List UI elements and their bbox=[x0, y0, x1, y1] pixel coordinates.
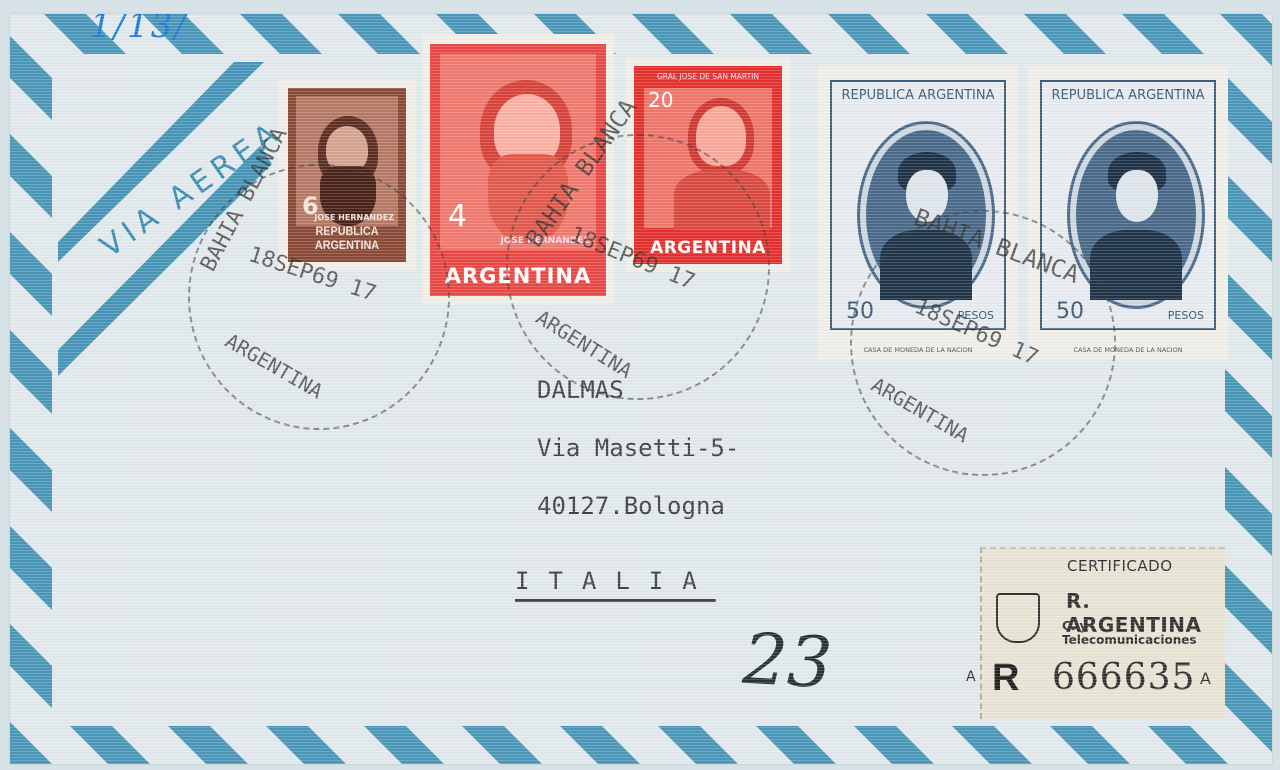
coat-of-arms-icon bbox=[996, 593, 1040, 643]
handwritten-note-top: 1/13/ bbox=[90, 14, 188, 46]
stamp-unit: PESOS bbox=[1168, 309, 1204, 322]
registration-number: 666635 bbox=[1052, 657, 1195, 698]
registration-suffix: A bbox=[1200, 669, 1211, 688]
handwritten-number: 23 bbox=[741, 618, 834, 705]
registration-department: C. y Telecomunicaciones bbox=[1062, 619, 1225, 647]
stamp-country: REPUBLICA ARGENTINA bbox=[832, 88, 1004, 103]
recipient-city: 40127.Bologna bbox=[537, 492, 725, 520]
recipient-name: DALMAS bbox=[537, 376, 624, 404]
envelope: 1/13/ VIA AEREA 6 JOSE HERNANDEZ REPUBLI… bbox=[10, 14, 1272, 764]
stamp-value: 4 bbox=[448, 199, 467, 234]
registration-label: CERTIFICADO R. ARGENTINA C. y Telecomuni… bbox=[980, 547, 1225, 719]
registration-prefix: A bbox=[966, 669, 976, 685]
recipient-country: ITALIA bbox=[515, 567, 716, 595]
stamp-subject: GRAL JOSE DE SAN MARTIN bbox=[634, 72, 782, 81]
stamp-value: 20 bbox=[648, 88, 673, 112]
stamp-country: REPUBLICA ARGENTINA bbox=[1042, 88, 1214, 103]
registration-mark: R bbox=[992, 657, 1019, 700]
recipient-street: Via Masetti-5- bbox=[537, 434, 739, 462]
registration-title: CERTIFICADO bbox=[1067, 557, 1173, 575]
